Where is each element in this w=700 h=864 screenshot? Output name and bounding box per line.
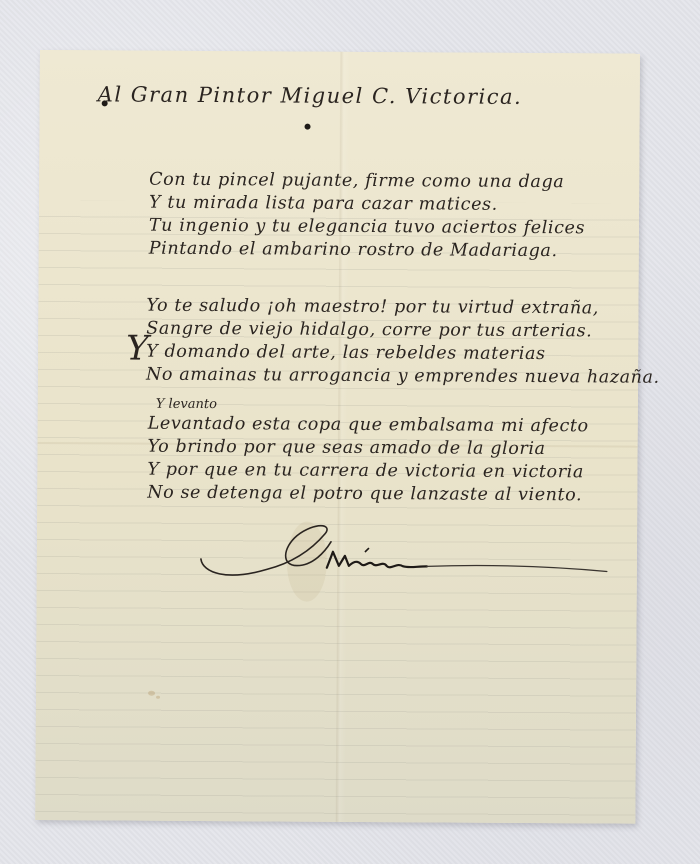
verse-line: No amainas tu arrogancia y emprendes nue… (146, 364, 660, 390)
verse-line: Yo brindo por que seas amado de la glori… (148, 436, 589, 462)
inserted-words: Y levanto (156, 397, 217, 412)
stanza-1: Con tu pincel pujante, firme como una da… (149, 169, 586, 264)
verse-line: Y domando del arte, las rebeldes materia… (146, 341, 660, 367)
verse-line: No se detenga el potro que lanzaste al v… (147, 482, 588, 508)
signature (197, 521, 617, 594)
ink-stain (148, 691, 155, 696)
verse-line: Levantado esta copa que embalsama mi afe… (148, 413, 589, 439)
verse-line: Yo te saludo ¡oh maestro! por tu virtud … (146, 295, 660, 321)
ruled-lines (35, 200, 639, 824)
stanza-2: Yo te saludo ¡oh maestro! por tu virtud … (146, 295, 660, 390)
ink-stain (156, 696, 160, 699)
verse-line: Y tu mirada lista para cazar matices. (149, 192, 585, 218)
letter-header: Al Gran Pintor Miguel C. Victorica. (98, 82, 523, 109)
verse-line: Pintando el ambarino rostro de Madariaga… (149, 238, 585, 264)
verse-line: Con tu pincel pujante, firme como una da… (149, 169, 585, 195)
verse-line: Sangre de viejo hidalgo, corre por tus a… (146, 318, 660, 344)
signature-flourish-icon (197, 521, 617, 594)
letter-paper: Al Gran Pintor Miguel C. Victorica. Con … (35, 50, 640, 824)
bullet-dot (305, 124, 311, 130)
verse-line: Y por que en tu carrera de victoria en v… (147, 459, 588, 485)
stanza-3: Levantado esta copa que embalsama mi afe… (147, 413, 589, 508)
verse-line: Tu ingenio y tu elegancia tuvo aciertos … (149, 215, 585, 241)
